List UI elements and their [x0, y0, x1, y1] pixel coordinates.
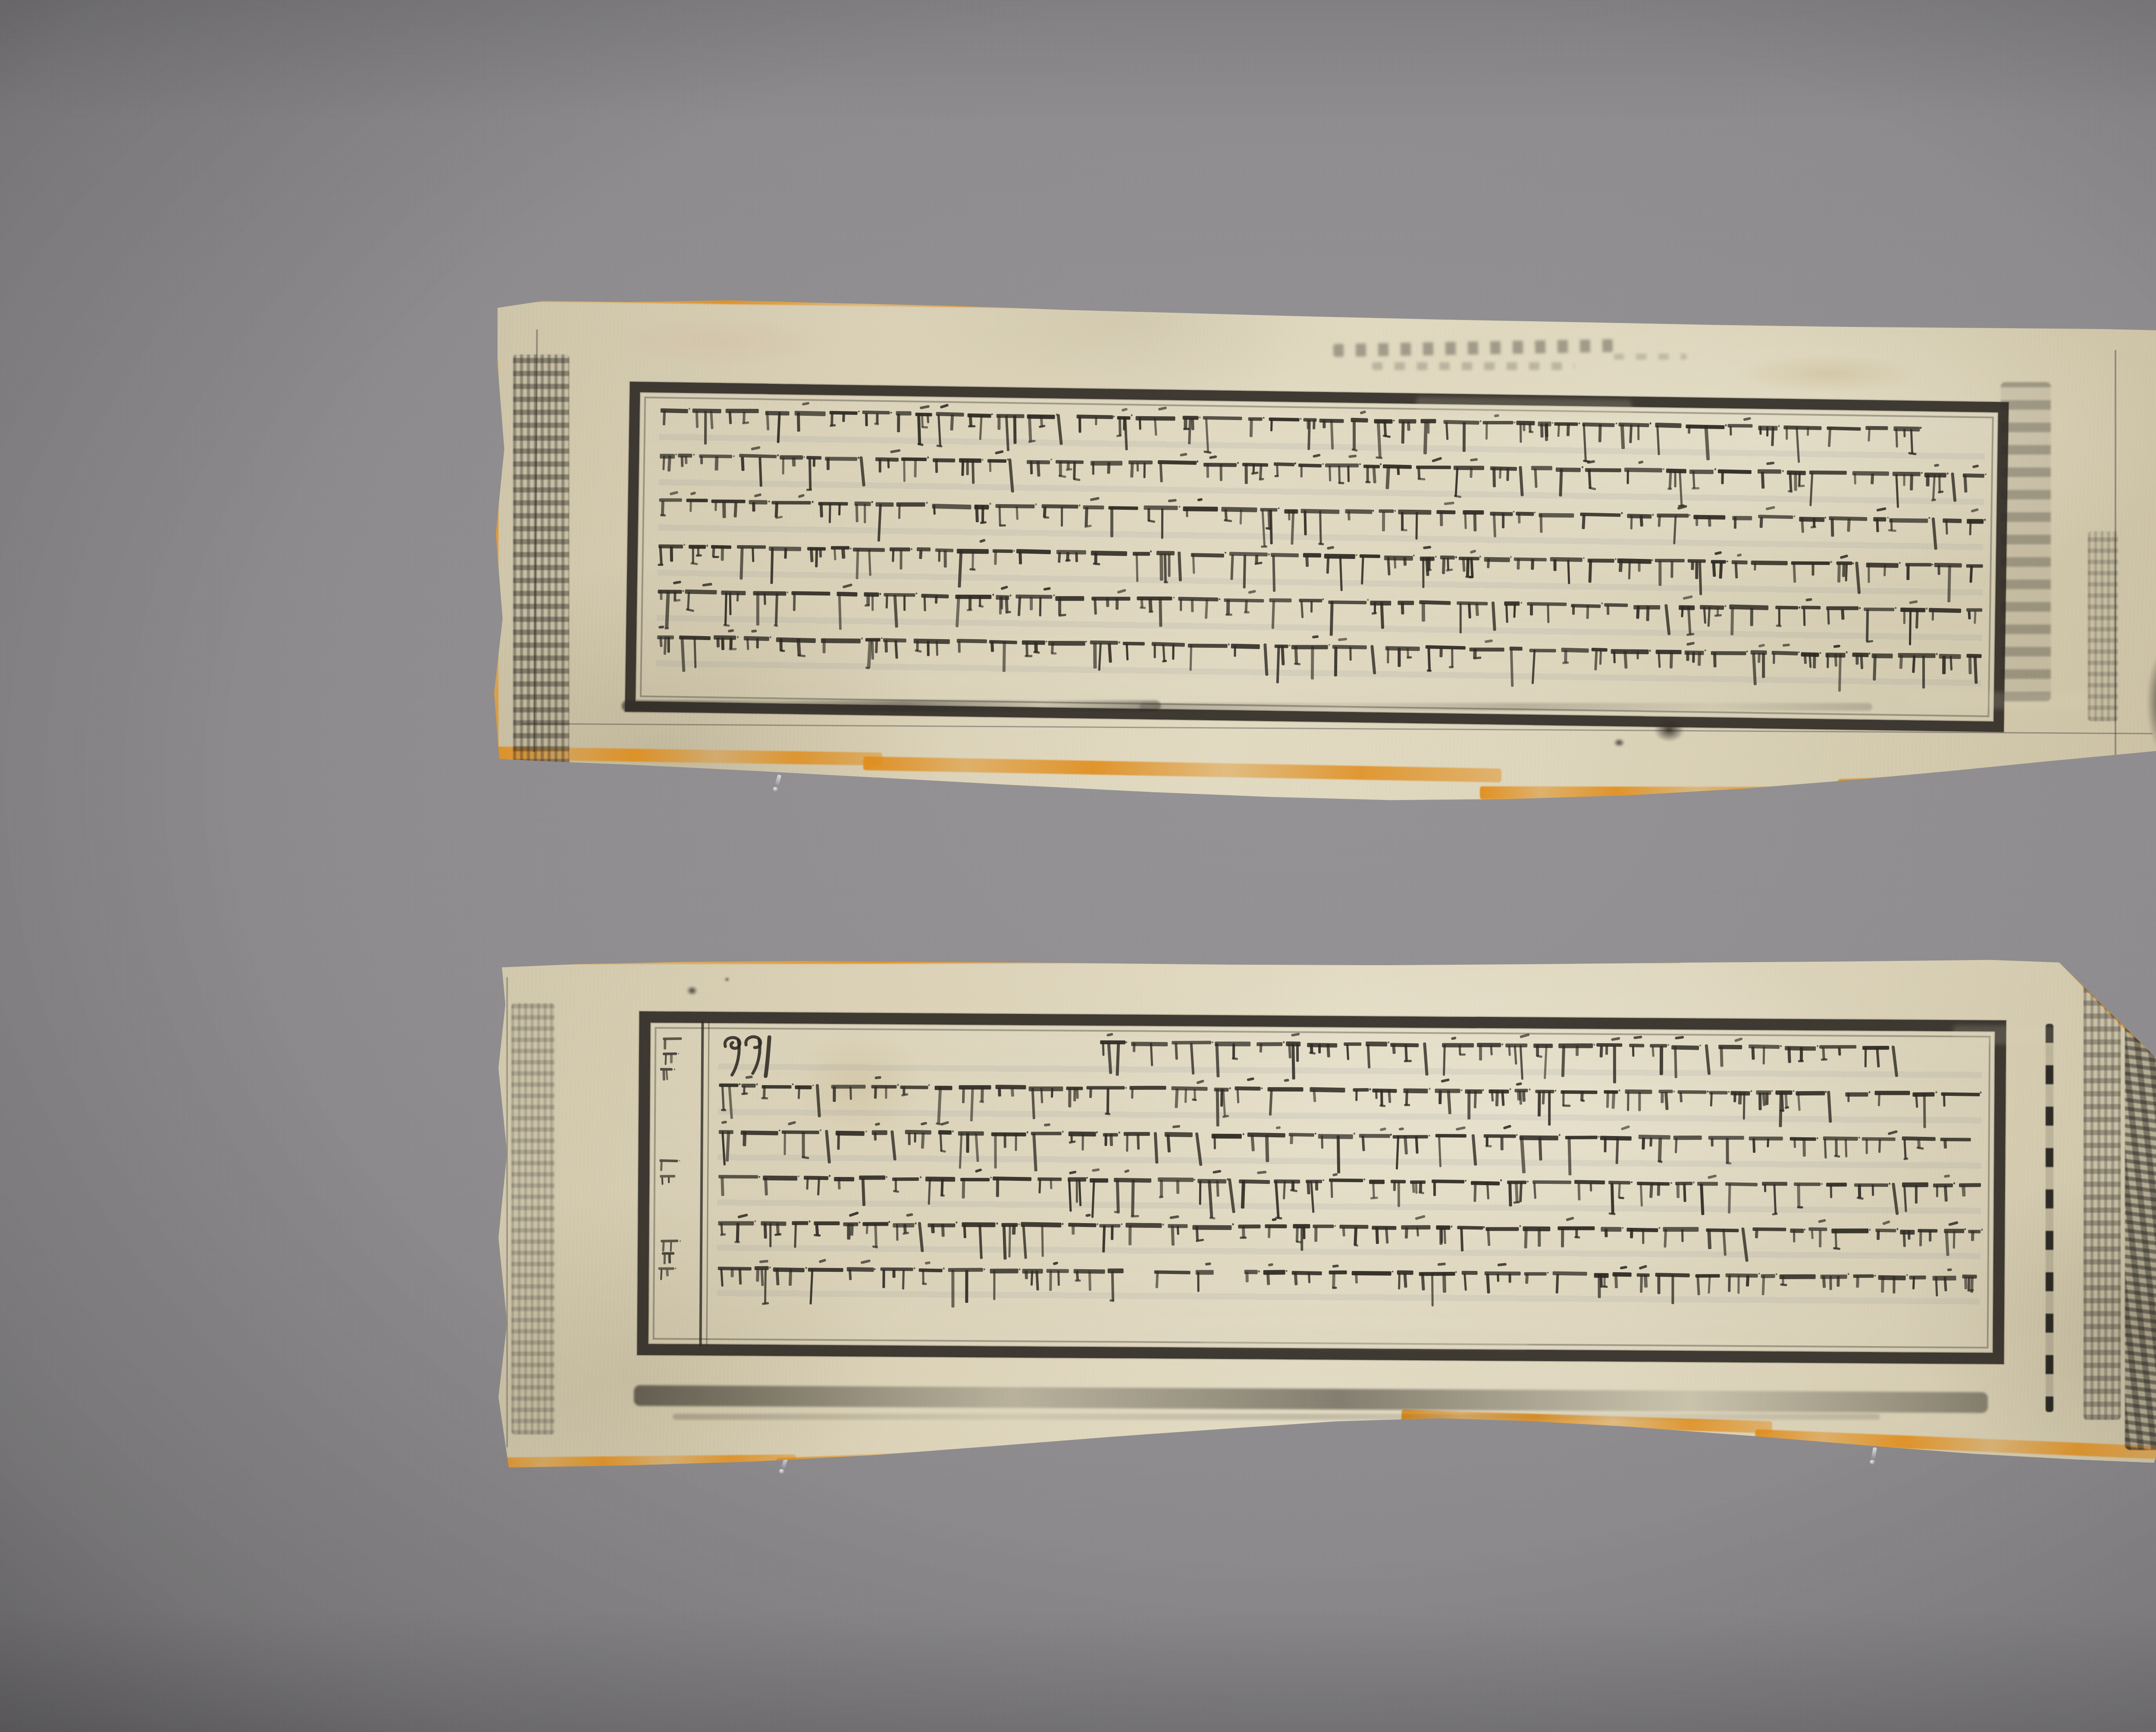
script-stroke: [1003, 642, 1006, 672]
script-stroke: [1949, 656, 1952, 670]
script-stroke: [1919, 1231, 1922, 1246]
script-stroke: [1895, 474, 1899, 508]
script-stroke: [729, 593, 731, 615]
script-stroke: [1751, 1047, 1755, 1060]
script-stroke: [670, 546, 673, 562]
script-stroke: [1498, 1263, 1507, 1266]
script-stroke: [1131, 414, 1133, 417]
script-stroke: [1810, 473, 1814, 506]
script-stroke: [1398, 648, 1401, 667]
script-stroke: [1105, 1134, 1108, 1146]
script-stroke: [1679, 471, 1683, 506]
script-stroke: [1821, 1183, 1823, 1185]
script-stroke: [1275, 1126, 1281, 1129]
script-stroke: [1830, 561, 1832, 563]
script-stroke: [1796, 1091, 1825, 1095]
script-stroke: [1619, 1089, 1620, 1092]
script-stroke: [1354, 1244, 1359, 1246]
script-stroke: [1640, 1183, 1643, 1206]
script-stroke: [1455, 1271, 1457, 1273]
script-stroke: [917, 547, 931, 552]
script-stroke: [1611, 1183, 1614, 1214]
script-stroke: [1921, 472, 1923, 474]
script-stroke: [809, 1221, 811, 1223]
script-stroke: [990, 1177, 992, 1179]
script-stroke: [936, 412, 964, 417]
script-stroke: [1789, 472, 1792, 492]
script-stroke: [903, 459, 905, 482]
script-stroke: [996, 504, 1035, 508]
script-line: [717, 1264, 1981, 1310]
script-stroke: [970, 1087, 974, 1121]
script-stroke: [1459, 1054, 1466, 1056]
script-stroke: [1840, 554, 1849, 559]
script-stroke: [1673, 1091, 1675, 1093]
script-stroke: [1847, 518, 1850, 532]
script-stroke: [1696, 1275, 1700, 1295]
script-stroke: [1025, 1271, 1028, 1279]
script-stroke: [774, 1233, 781, 1236]
script-stroke: [975, 1168, 982, 1173]
script-stroke: [1495, 1091, 1499, 1106]
script-stroke: [1133, 1043, 1135, 1052]
script-stroke: [979, 415, 983, 440]
script-stroke: [1889, 1183, 1890, 1185]
script-stroke: [1968, 611, 1971, 619]
script-stroke: [1762, 1275, 1765, 1295]
script-stroke: [1013, 415, 1017, 444]
script-stroke: [1191, 418, 1194, 430]
bottom-margin-ink-streak: [673, 1414, 1880, 1420]
script-stroke: [1208, 1180, 1213, 1218]
script-stroke: [937, 1087, 942, 1124]
script-stroke: [1393, 420, 1395, 422]
script-stroke: [1655, 423, 1681, 428]
script-stroke: [962, 1087, 965, 1103]
script-stroke: [937, 414, 941, 447]
script-stroke: [1974, 611, 1977, 624]
script-stroke: [996, 414, 1024, 418]
script-stroke: [865, 667, 870, 669]
script-stroke: [1793, 1230, 1795, 1243]
script-stroke: [900, 549, 903, 569]
script-stroke: [1824, 1139, 1827, 1158]
script-stroke: [1531, 559, 1534, 570]
script-stroke: [1692, 487, 1699, 490]
script-stroke: [737, 636, 739, 638]
script-stroke: [729, 648, 737, 650]
right-margin-speckle: [2088, 531, 2118, 721]
script-stroke: [1150, 550, 1152, 552]
script-stroke: [1827, 654, 1829, 668]
script-stroke: [1892, 1045, 1898, 1077]
script-stroke: [1015, 1133, 1017, 1151]
script-stroke: [1093, 643, 1097, 668]
script-stroke: [1650, 1183, 1653, 1198]
top-margin-scribble: [1614, 354, 1687, 360]
script-stroke: [820, 1130, 821, 1132]
script-stroke: [1405, 1227, 1408, 1239]
script-stroke: [1387, 647, 1389, 663]
script-stroke: [1108, 1268, 1124, 1273]
script-stroke: [1651, 559, 1653, 561]
script-stroke: [1538, 1091, 1541, 1117]
script-stroke: [1926, 608, 1927, 610]
script-stroke: [1019, 551, 1022, 564]
script-stroke: [1407, 421, 1410, 431]
script-stroke: [1209, 1217, 1215, 1220]
script-stroke: [1310, 1181, 1314, 1213]
script-stroke: [915, 649, 922, 653]
script-stroke: [1322, 1179, 1324, 1181]
script-stroke: [1044, 516, 1049, 518]
script-stroke: [886, 1176, 887, 1178]
script-stroke: [1758, 1092, 1762, 1110]
script-stroke: [1429, 1088, 1430, 1090]
script-stroke: [724, 592, 727, 625]
script-stroke: [1874, 1275, 1876, 1277]
script-stroke: [1589, 1183, 1592, 1192]
script-stroke: [1932, 518, 1937, 550]
script-stroke: [887, 459, 890, 468]
script-stroke: [886, 595, 888, 609]
script-stroke: [1158, 1177, 1194, 1182]
script-stroke: [1798, 1060, 1804, 1063]
script-stroke: [1652, 1046, 1655, 1057]
script-stroke: [1554, 1090, 1556, 1092]
pin-head: [1869, 1459, 1876, 1465]
script-stroke: [1714, 614, 1722, 617]
script-stroke: [1673, 516, 1677, 544]
script-stroke: [1620, 1265, 1627, 1269]
script-stroke: [1943, 1139, 1947, 1148]
ink-speck: [686, 986, 698, 995]
script-stroke: [1470, 558, 1474, 577]
script-stroke: [1727, 561, 1728, 563]
script-stroke: [1852, 562, 1854, 565]
script-stroke: [872, 594, 874, 611]
script-stroke: [668, 1177, 670, 1183]
script-stroke: [1178, 506, 1180, 508]
script-stroke: [1683, 1183, 1686, 1202]
script-stroke: [728, 1086, 733, 1119]
script-stroke: [768, 500, 770, 502]
script-stroke: [756, 593, 759, 626]
script-stroke: [1147, 520, 1155, 523]
script-stroke: [1908, 452, 1916, 455]
script-stroke: [1442, 1043, 1474, 1048]
script-stroke: [1229, 1087, 1231, 1089]
script-stroke: [1205, 599, 1209, 619]
script-stroke: [1329, 465, 1332, 481]
script-stroke: [1076, 1088, 1079, 1099]
script-stroke: [1799, 472, 1801, 486]
script-stroke: [1062, 1223, 1063, 1225]
script-stroke: [921, 414, 924, 427]
script-stroke: [1259, 478, 1265, 480]
script-stroke: [1294, 646, 1298, 664]
pin-head: [772, 786, 779, 792]
script-stroke: [1131, 1089, 1133, 1099]
script-stroke: [1212, 1134, 1242, 1139]
script-stroke: [1102, 1042, 1104, 1056]
script-stroke: [1428, 648, 1431, 671]
script-stroke: [1719, 562, 1723, 578]
script-stroke: [1327, 546, 1335, 549]
script-stroke: [658, 626, 664, 629]
script-stroke: [1810, 526, 1816, 528]
script-stroke: [686, 608, 694, 612]
script-stroke: [1322, 598, 1324, 600]
script-stroke: [859, 1221, 861, 1224]
script-stroke: [670, 1242, 672, 1252]
script-stroke: [1290, 1135, 1293, 1144]
bottom-margin-ink-streak: [634, 1385, 1988, 1413]
script-stroke: [996, 1179, 999, 1197]
script-stroke: [1385, 646, 1420, 651]
script-stroke: [1657, 514, 1689, 518]
script-stroke: [926, 502, 928, 504]
script-stroke: [917, 414, 921, 445]
script-stroke: [1551, 422, 1553, 424]
script-stroke: [859, 456, 865, 486]
script-stroke: [1892, 1183, 1899, 1215]
orange-edge-left: [492, 1387, 498, 1460]
script-stroke: [1807, 427, 1809, 436]
script-stroke: [1241, 1180, 1245, 1208]
script-stroke: [1091, 1180, 1095, 1218]
script-stroke: [777, 412, 781, 443]
script-stroke: [1776, 1273, 1777, 1275]
script-stroke: [679, 1160, 680, 1162]
script-stroke: [940, 1150, 946, 1153]
orange-edge-bottom: [1755, 1429, 2156, 1459]
script-stroke: [1283, 1041, 1285, 1043]
script-stroke: [994, 551, 997, 565]
script-stroke: [1501, 1044, 1503, 1046]
left-edge-ink-speckle: [511, 1003, 555, 1434]
script-stroke: [798, 1086, 800, 1099]
script-stroke: [931, 1224, 935, 1233]
script-stroke: [999, 524, 1006, 527]
script-stroke: [1106, 598, 1109, 607]
script-stroke: [1540, 423, 1543, 437]
script-stroke: [1966, 565, 1983, 568]
script-stroke: [1771, 427, 1774, 446]
script-stroke: [1111, 1271, 1114, 1301]
script-stroke: [1866, 563, 1898, 568]
script-stroke: [1746, 1275, 1750, 1286]
script-stroke: [1038, 1179, 1041, 1193]
script-stroke: [1392, 1271, 1394, 1273]
script-stroke: [1432, 457, 1442, 462]
script-stroke: [1923, 1094, 1926, 1128]
script-stroke: [1225, 614, 1232, 616]
script-stroke: [1131, 1180, 1135, 1217]
script-stroke: [1334, 1225, 1336, 1227]
script-stroke: [1300, 601, 1304, 618]
script-stroke: [1604, 1090, 1618, 1094]
script-stroke: [1314, 1133, 1316, 1135]
script-stroke: [1809, 471, 1847, 474]
script-stroke: [1451, 648, 1453, 667]
script-stroke: [1776, 624, 1782, 627]
script-stroke: [710, 411, 713, 429]
script-stroke: [1050, 1179, 1052, 1189]
script-stroke: [1726, 1138, 1729, 1164]
script-stroke: [1910, 474, 1913, 490]
script-stroke: [1871, 474, 1874, 484]
script-stroke: [721, 1120, 727, 1124]
script-stroke: [1468, 603, 1471, 619]
script-stroke: [673, 599, 680, 602]
script-stroke: [1472, 1134, 1477, 1166]
script-stroke: [1586, 605, 1589, 619]
outer-rule-left: [506, 977, 508, 1447]
script-stroke: [1784, 425, 1822, 430]
script-stroke: [1539, 1137, 1542, 1161]
script-stroke: [1129, 1086, 1166, 1090]
script-stroke: [992, 594, 994, 596]
script-stroke: [1700, 1183, 1704, 1215]
script-stroke: [1099, 1224, 1120, 1227]
script-stroke: [1906, 1274, 1908, 1276]
script-stroke: [1868, 1091, 1870, 1093]
script-stroke: [1245, 600, 1248, 612]
script-stroke: [666, 1070, 668, 1080]
script-stroke: [1683, 595, 1693, 599]
script-stroke: [1714, 468, 1716, 471]
script-stroke: [1510, 556, 1512, 558]
script-stroke: [1022, 1225, 1027, 1259]
script-stroke: [731, 1268, 734, 1277]
script-stroke: [1510, 649, 1514, 687]
script-stroke: [1903, 610, 1905, 624]
script-stroke: [970, 568, 976, 571]
script-stroke: [696, 554, 702, 557]
script-stroke: [1109, 1299, 1115, 1302]
script-stroke: [740, 547, 744, 580]
script-stroke: [718, 1267, 752, 1271]
script-stroke: [1383, 435, 1391, 438]
script-stroke: [896, 1224, 899, 1241]
script-stroke: [1382, 511, 1385, 531]
script-line: [718, 1173, 1981, 1218]
script-stroke: [1226, 600, 1230, 615]
script-stroke: [897, 1084, 899, 1086]
script-stroke: [1951, 472, 1957, 502]
script-stroke: [1388, 1042, 1389, 1044]
script-stroke: [1578, 423, 1580, 425]
orange-edge-bottom: [494, 1454, 796, 1470]
script-stroke: [1084, 507, 1088, 527]
script-stroke: [1589, 486, 1596, 490]
script-stroke: [1197, 461, 1198, 463]
script-stroke: [741, 457, 744, 471]
script-stroke: [919, 550, 922, 559]
script-stroke: [874, 1122, 880, 1126]
script-stroke: [1334, 646, 1337, 676]
script-stroke: [1044, 1123, 1050, 1126]
script-stroke: [1822, 1276, 1825, 1288]
script-stroke: [1229, 552, 1268, 557]
script-stroke: [1741, 1227, 1748, 1262]
script-stroke: [1366, 481, 1371, 483]
script-stroke: [1582, 515, 1586, 529]
script-stroke: [1028, 416, 1032, 442]
script-stroke: [1376, 421, 1381, 458]
script-stroke: [1398, 1273, 1401, 1290]
script-stroke: [1826, 1183, 1847, 1186]
script-stroke: [812, 1084, 814, 1086]
script-stroke: [981, 1087, 984, 1102]
script-stroke: [1803, 1139, 1806, 1157]
script-stroke: [1663, 1227, 1698, 1232]
script-stroke: [1728, 1275, 1731, 1292]
script-stroke: [1339, 556, 1343, 591]
script-stroke: [1728, 1091, 1730, 1093]
script-stroke: [1652, 514, 1654, 516]
script-stroke: [1836, 1276, 1839, 1286]
script-stroke: [1392, 1044, 1395, 1054]
script-stroke: [1092, 1168, 1100, 1172]
script-stroke: [1263, 643, 1268, 676]
script-stroke: [1347, 511, 1350, 521]
script-stroke: [1692, 652, 1695, 663]
script-stroke: [1878, 1093, 1880, 1107]
script-stroke: [893, 595, 898, 628]
script-stroke: [1915, 1185, 1918, 1204]
script-stroke: [1401, 512, 1404, 530]
script-stroke: [1438, 1090, 1442, 1104]
script-stroke: [1767, 427, 1769, 436]
script-stroke: [1454, 495, 1462, 499]
script-line: [718, 1036, 1982, 1081]
script-stroke: [1265, 1135, 1269, 1162]
script-stroke: [1938, 474, 1941, 492]
script-stroke: [1072, 1225, 1075, 1235]
script-stroke: [865, 413, 868, 426]
script-stroke: [1644, 1274, 1648, 1287]
script-stroke: [980, 521, 987, 524]
script-stroke: [991, 413, 993, 415]
script-stroke: [1866, 640, 1873, 643]
script-stroke: [874, 1087, 877, 1099]
script-stroke: [1746, 650, 1748, 653]
script-stroke: [1487, 559, 1490, 568]
script-stroke: [922, 1283, 927, 1285]
script-stroke: [823, 639, 826, 653]
script-stroke: [775, 593, 778, 626]
script-stroke: [890, 449, 900, 453]
script-stroke: [1073, 478, 1081, 481]
script-stroke: [1790, 1228, 1804, 1233]
script-stroke: [736, 593, 739, 602]
script-stroke: [666, 1269, 669, 1276]
script-stroke: [805, 1267, 807, 1269]
script-stroke: [704, 411, 707, 445]
script-stroke: [1062, 1131, 1064, 1133]
script-stroke: [1821, 1058, 1827, 1061]
script-stroke: [684, 456, 687, 464]
script-stroke: [892, 1270, 895, 1278]
script-stroke: [1228, 1178, 1235, 1213]
script-stroke: [1658, 561, 1661, 586]
script-stroke: [1370, 1197, 1379, 1200]
yig-mgo-mark: [718, 1033, 775, 1081]
script-stroke: [721, 1131, 726, 1165]
script-stroke: [1841, 609, 1844, 620]
